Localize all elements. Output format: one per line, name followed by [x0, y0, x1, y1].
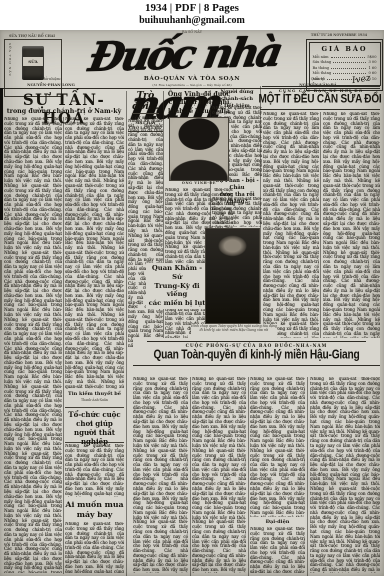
body-text-column: Những kẻ quan-sát thời-cuộc trong xứ đã …: [65, 117, 124, 389]
price-row: Sáu tháng3 00: [313, 60, 377, 64]
section-rule: [262, 86, 380, 87]
body-text-column: Những kẻ quan-sát thời-cuộc trong xứ đã …: [250, 527, 305, 573]
body-text-column: Những kẻ quan-sát thời-cuộc trong xứ đã …: [250, 377, 305, 517]
headline-hau-giang: Quan Toàn-quyền đi kinh-lý miền Hậu-Gian…: [133, 349, 380, 363]
portrait-photo-dark: [205, 228, 260, 324]
body-text-column: Những kẻ quan-sát thời-cuộc trong xứ đã …: [192, 377, 246, 573]
subhead-su-tan-hoa: trong đường chánh-trị ở Nam-kỳ: [3, 108, 125, 115]
viewer-email-line: buihuuhanh@gmail.com: [0, 15, 384, 26]
price-row: Ba tháng1 60: [313, 66, 377, 70]
scan-edge-artifact: [0, 260, 2, 330]
viewer-meta-line: 1934 | PDF | 8 Pages: [0, 2, 384, 14]
office-line: BÁO-QUÁN VÀ TÒA SOẠN: [120, 76, 264, 82]
column-rule: [163, 91, 164, 348]
body-text-column: Những kẻ quan-sát thời-cuộc trong xứ đã …: [65, 522, 124, 573]
milk-can-illustration: SỮA: [22, 46, 44, 80]
subhead-dai-dien: Đại-diện: [250, 519, 305, 525]
newspaper-scan-page: 1934 | PDF | 8 Pages buihuuhanh@gmail.co…: [0, 0, 384, 576]
body-text-column: Những kẻ quan-sát thời-cuộc trong xứ đã …: [263, 112, 319, 338]
body-text-column: Những kẻ quan-sát thời-cuộc trong xứ đã …: [4, 117, 62, 573]
dateline: THỨ TƯ 28 NOVEMBRE 1934: [298, 33, 380, 37]
feuilleton-title: Tin kiếm thuyết bề: [65, 391, 124, 397]
body-text-column: Những kẻ quan-sát thời-cuộc trong xứ đã …: [323, 112, 380, 338]
body-text-column: Những kẻ quan-sát thời-cuộc trong xứ đã …: [128, 119, 163, 347]
headline-mot-it: MỘT ÍT ĐỀU CẦN SỬA ĐỔI: [258, 93, 382, 106]
price-box-title: GIÁ BÁO: [313, 45, 377, 53]
milk-can-label: SỮA: [23, 57, 43, 66]
column-rule: [63, 117, 64, 574]
scan-paper: RA SỐ NẦY SỮA THỢ NẤU BỔ CHAI SỮA THỢ NẤ…: [0, 30, 384, 576]
office-subline: (31 Rue Lagrandière — Sài-gòn — Dây thép…: [120, 83, 264, 87]
office-block: BÁO-QUÁN VÀ TÒA SOẠN (31 Rue Lagrandière…: [120, 76, 264, 87]
column-rule: [248, 377, 249, 576]
director-block: Chủ-nhiệm: NGUYỄN-PHAN-LONG: [6, 77, 96, 87]
column-rule: [307, 377, 308, 576]
column-rule: [126, 91, 127, 576]
feature-rule-bottom: [133, 365, 380, 366]
column-rule: [320, 112, 321, 338]
director-name: NGUYỄN-PHAN-LONG: [27, 82, 75, 87]
headline-tro-doi: Trò đời...: [128, 90, 163, 112]
feuilleton-block: Tin kiếm thuyết bề Thanh-Ánh-Xuân: [65, 391, 124, 402]
headline-to-chuc: Tổ-chức cuộc chơi giúp người thất nghiệp: [65, 407, 124, 443]
body-text-column: Những kẻ quan-sát thời-cuộc trong xứ đã …: [310, 377, 380, 573]
viewer-banner: 1934 | PDF | 8 Pages buihuuhanh@gmail.co…: [0, 0, 384, 30]
ad-vertical-text: SỮA THỢ NẤU: [6, 43, 12, 77]
headline-may-bay: Ai muốn mua máy bay: [65, 500, 124, 519]
divider: [132, 113, 159, 114]
feature-rule-top: [147, 341, 366, 342]
body-text-column: Những kẻ quan-sát thời-cuộc trong xứ đã …: [65, 444, 124, 497]
section-rule: [260, 109, 380, 110]
headline-kham-su: Quan Khâm - Sứ Trung-Kỳ đi viếng các miề…: [146, 263, 208, 309]
portrait-photo-vinh-de: [169, 117, 229, 181]
body-text-column: Những kẻ quan-sát thời-cuộc trong xứ đã …: [212, 197, 262, 227]
ad-header: SỮA THỢ NẤU BỔ CHAI: [4, 34, 60, 38]
body-text-column: Những kẻ quan-sát thời-cuộc trong xứ đã …: [133, 377, 188, 573]
column-rule: [190, 377, 191, 576]
price-row: Mỗi năm5$00: [313, 55, 377, 59]
feature-head-block: CUỘC PHỎNG-SỰ CỦA BÁO ĐUỐC-NHÀ-NAM Quan …: [133, 338, 380, 377]
feuilleton-byline: Thanh-Ánh-Xuân: [65, 398, 124, 402]
